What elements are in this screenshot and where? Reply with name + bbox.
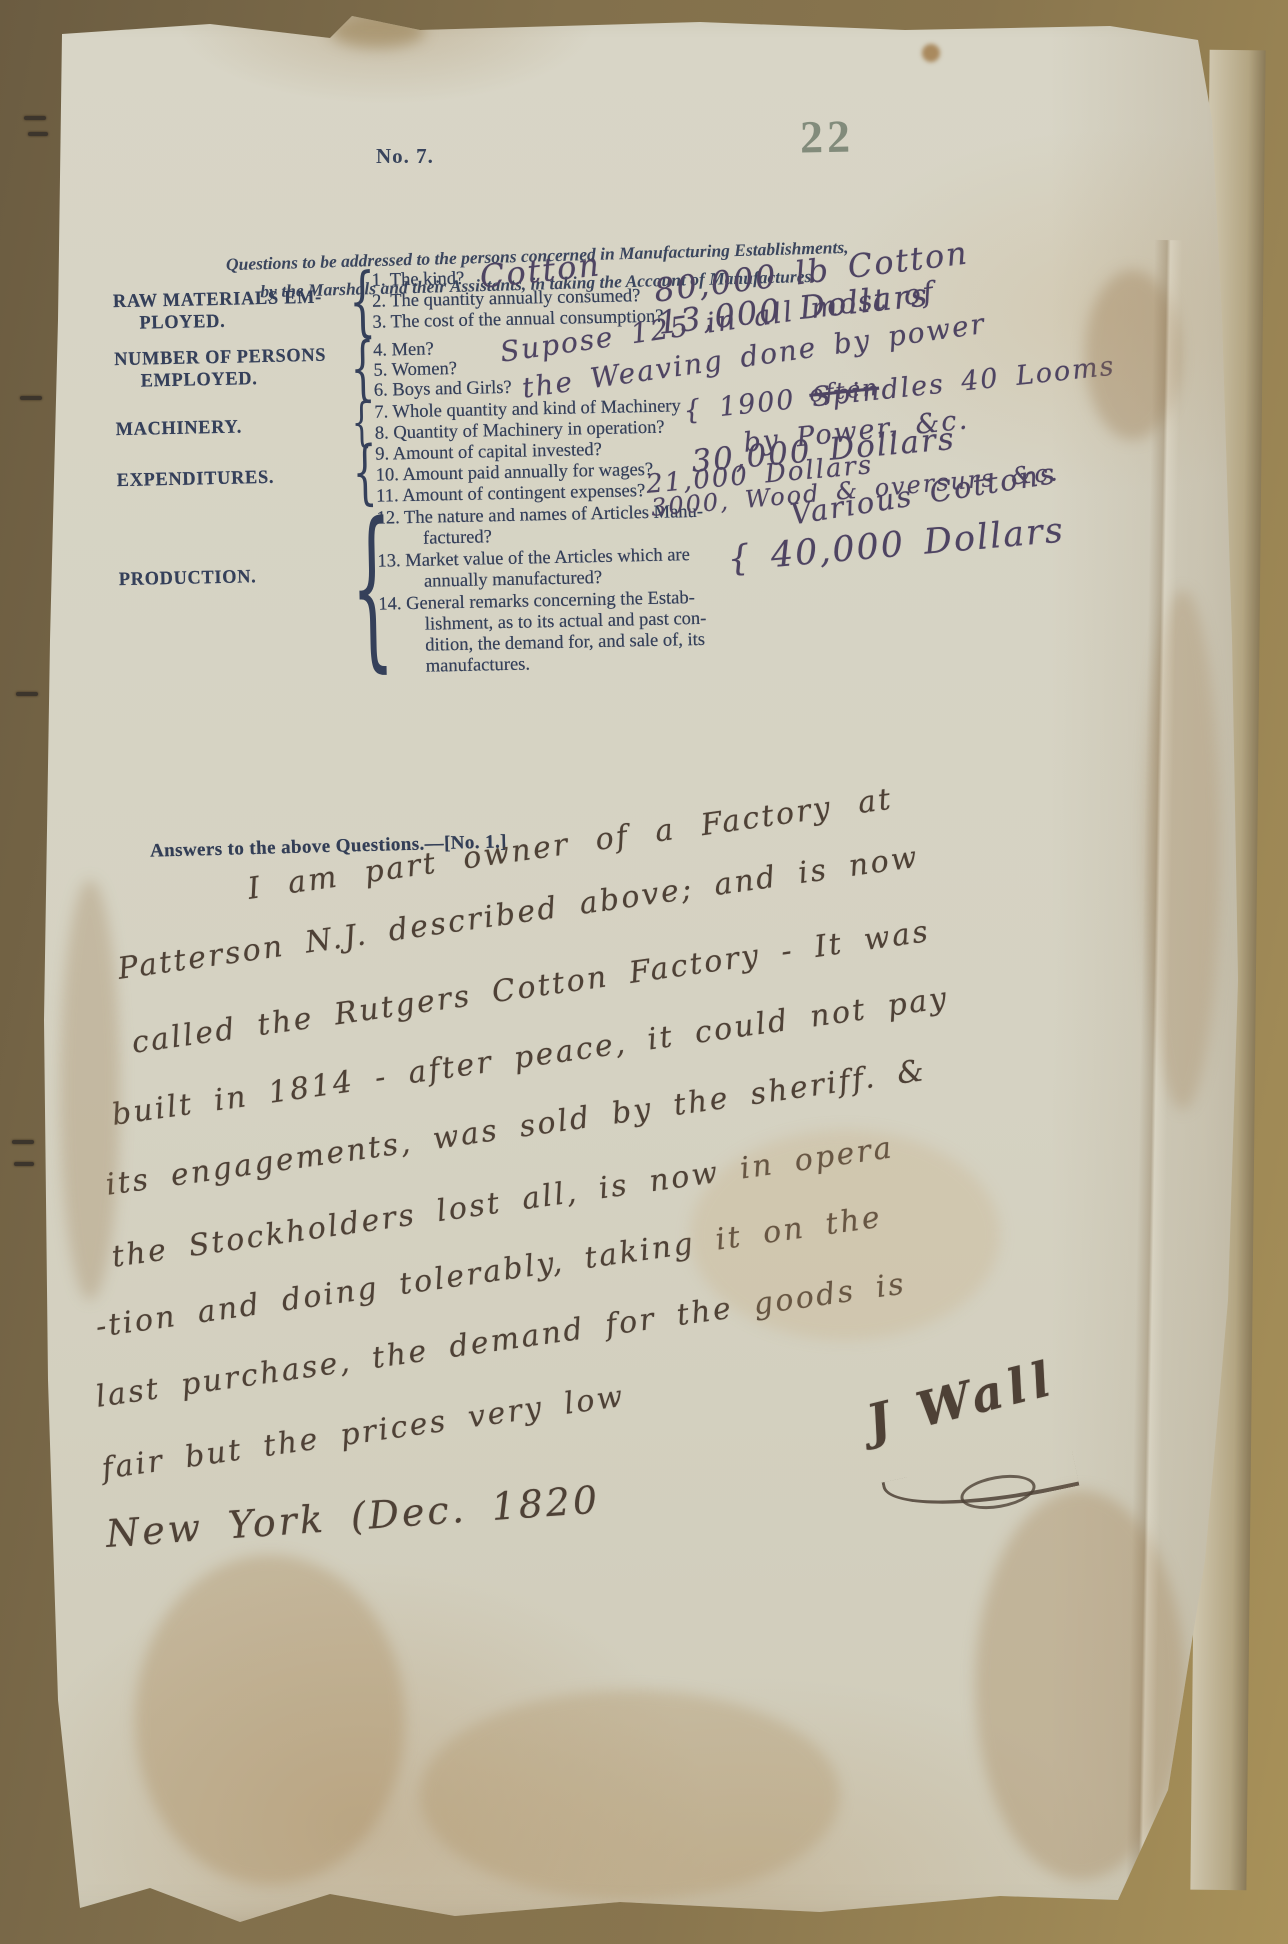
- section-label-expenditures: EXPENDITURES.: [117, 467, 275, 492]
- dateline: New York (Dec. 1820: [104, 1478, 601, 1556]
- signature: J Wall: [861, 1350, 1062, 1451]
- question-14-line-3: dition, the demand for, and sale of, its: [425, 630, 705, 657]
- binding-stitch: [20, 396, 42, 400]
- section-label-raw-materials-2: PLOYED.: [139, 311, 225, 335]
- section-label-production: PRODUCTION.: [119, 566, 257, 591]
- question-4: 4. Men?: [373, 339, 434, 361]
- paper-stain: [60, 880, 120, 1300]
- section-label-persons-2: EMPLOYED.: [140, 368, 257, 392]
- question-6: 6. Boys and Girls?: [374, 378, 512, 402]
- paper-stain: [420, 1690, 840, 1900]
- binding-stitch: [14, 1162, 34, 1166]
- question-12-line-2: factured?: [423, 527, 492, 549]
- photograph-background: 22 No. 7. Questions to be addressed to t…: [0, 0, 1288, 1944]
- paper-stain: [135, 1555, 405, 1885]
- section-label-machinery: MACHINERY.: [115, 416, 242, 441]
- section-label-raw-materials: RAW MATERIALS EM-: [113, 287, 322, 313]
- letter-line-8: last purchase, the demand for the goods …: [94, 1266, 909, 1414]
- question-13-line-2: annually manufactured?: [424, 568, 603, 593]
- questionnaire: RAW MATERIALS EM- PLOYED. NUMBER OF PERS…: [0, 0, 1288, 902]
- section-label-persons: NUMBER OF PERSONS: [114, 345, 326, 371]
- binding-stitch: [16, 692, 38, 696]
- question-14-line-4: manufactures.: [426, 654, 531, 677]
- binding-stitch: [24, 116, 46, 120]
- binding-stitch: [28, 132, 48, 136]
- binding-stitch: [12, 1140, 34, 1144]
- question-1: 1. The kind?: [371, 269, 464, 292]
- document-page: 22 No. 7. Questions to be addressed to t…: [0, 0, 1288, 1944]
